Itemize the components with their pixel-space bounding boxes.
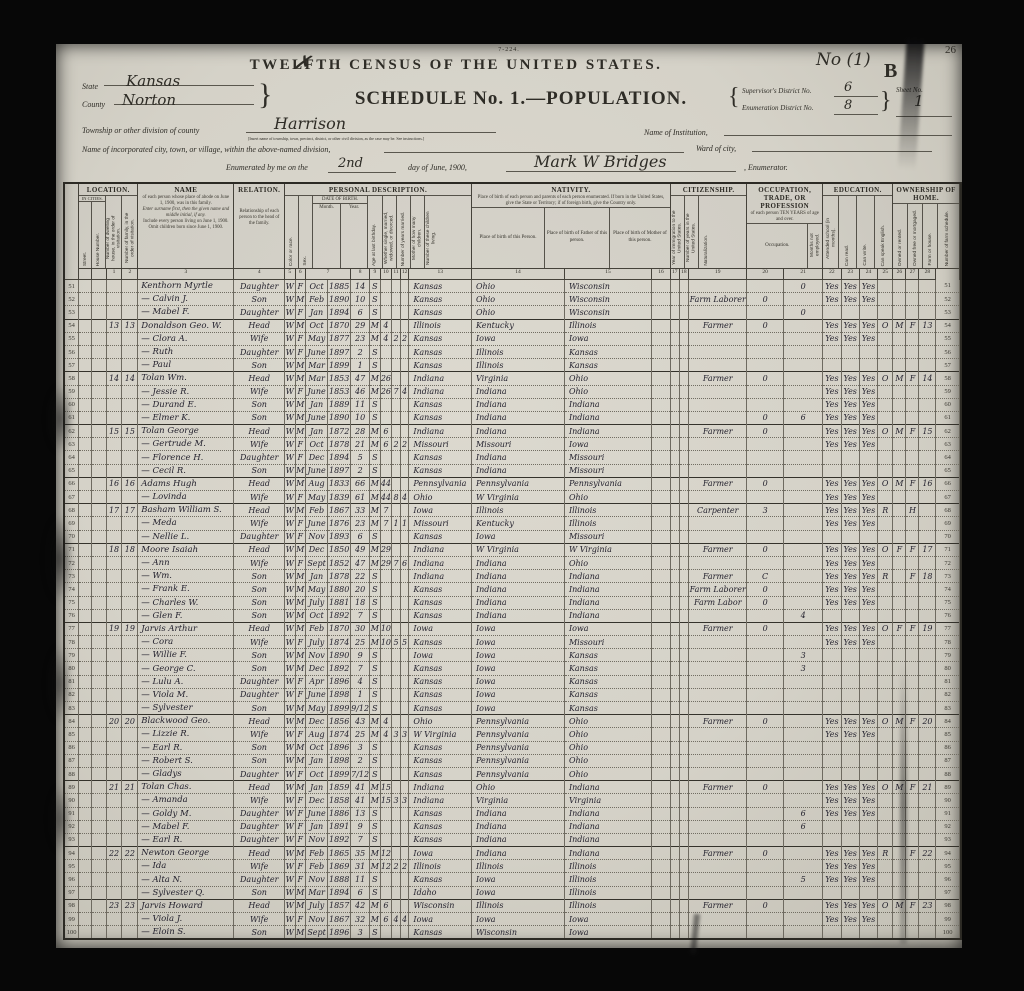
- birth-year: 1878: [328, 570, 351, 583]
- mother-birthplace: Ohio: [564, 728, 651, 741]
- birth-month: Jan: [305, 425, 327, 438]
- speaks-english: Yes: [859, 583, 877, 596]
- free-mortgaged: [893, 649, 906, 662]
- column-number: 25: [878, 269, 893, 280]
- name: — Lizzie R.: [138, 728, 234, 741]
- street: [79, 675, 92, 688]
- can-read: Yes: [823, 728, 841, 741]
- free-mortgaged: [893, 332, 906, 345]
- relation: Wife: [234, 636, 285, 649]
- street: [79, 662, 92, 675]
- occupation: Farm Labor: [689, 596, 747, 609]
- father-birthplace: Indiana: [471, 425, 564, 438]
- birthplace: Indiana: [409, 385, 472, 398]
- street: [79, 913, 92, 926]
- months-not-employed: [747, 873, 784, 886]
- mother-birthplace: Kansas: [564, 345, 651, 358]
- line-number: 81: [64, 675, 79, 688]
- farm-schedule: [919, 860, 936, 873]
- farm-house: F: [906, 319, 919, 332]
- children-living: [400, 345, 409, 358]
- dwelling-number: [106, 438, 122, 451]
- free-mortgaged: [893, 873, 906, 886]
- sex: M: [295, 293, 305, 306]
- farm-house: [906, 530, 919, 543]
- house-number: [91, 833, 106, 846]
- speaks-english: [859, 926, 877, 939]
- father-birthplace: Indiana: [471, 583, 564, 596]
- naturalization: [679, 477, 689, 490]
- house-number: [91, 583, 106, 596]
- naturalization: [679, 293, 689, 306]
- farm-schedule: [919, 504, 936, 517]
- speaks-english: [859, 886, 877, 899]
- institution-label: Name of Institution,: [644, 128, 708, 137]
- table-row: 65— Cecil R.SonWMJune18972SKansasIndiana…: [64, 464, 961, 477]
- name: Tolan Chas.: [138, 781, 234, 794]
- family-number: [122, 807, 138, 820]
- children-living: 4: [400, 385, 409, 398]
- family-number: 19: [122, 622, 138, 635]
- farm-schedule: [919, 293, 936, 306]
- naturalization: [679, 899, 689, 912]
- farm-schedule: [919, 451, 936, 464]
- color: W: [285, 583, 295, 596]
- street: [79, 715, 92, 728]
- speaks-english: Yes: [859, 438, 877, 451]
- age: 49: [351, 543, 370, 556]
- farm-house: [906, 359, 919, 372]
- can-read: Yes: [823, 438, 841, 451]
- immigration-year: [652, 886, 671, 899]
- name: — Ida: [138, 860, 234, 873]
- birthplace: W Virginia: [409, 728, 472, 741]
- age: 10: [351, 293, 370, 306]
- age: 2: [351, 754, 370, 767]
- sex: M: [295, 596, 305, 609]
- birth-year: 1891: [328, 820, 351, 833]
- free-mortgaged: [893, 570, 906, 583]
- column-header: Age at last birthday.: [367, 196, 382, 268]
- birth-month: Jan: [305, 306, 327, 319]
- immigration-year: [652, 688, 671, 701]
- line-number-right: 80: [936, 662, 960, 675]
- months-not-employed: [747, 438, 784, 451]
- column-header: Street.: [79, 202, 91, 268]
- line-number-right: 52: [936, 293, 960, 306]
- can-write: Yes: [841, 543, 859, 556]
- age: 7: [351, 662, 370, 675]
- house-number: [91, 491, 106, 504]
- marital-status: S: [370, 754, 380, 767]
- house-number: [91, 464, 106, 477]
- farm-schedule: 15: [919, 425, 936, 438]
- years-in-us: [670, 398, 679, 411]
- marital-status: M: [370, 332, 380, 345]
- years-married: [380, 754, 392, 767]
- birthplace: Indiana: [409, 556, 472, 569]
- birth-year: 1886: [328, 807, 351, 820]
- table-row: 100— Eloin S.SonWMSept18963SKansasWiscon…: [64, 926, 961, 939]
- months-not-employed: 0: [747, 319, 784, 332]
- months-not-employed: [747, 926, 784, 939]
- table-row: 74— Frank E.SonWMMay188020SKansasIndiana…: [64, 583, 961, 596]
- can-write: Yes: [841, 860, 859, 873]
- table-row: 85— Lizzie R.WifeWFAug187425M433W Virgin…: [64, 728, 961, 741]
- father-birthplace: Indiana: [471, 847, 564, 860]
- township-label: Township or other division of county: [82, 126, 199, 135]
- birth-year: 1872: [328, 425, 351, 438]
- farm-schedule: 14: [919, 372, 936, 385]
- marital-status: S: [370, 293, 380, 306]
- age: 47: [351, 556, 370, 569]
- school-months: [783, 926, 822, 939]
- farm-schedule: [919, 530, 936, 543]
- relation: Head: [234, 847, 285, 860]
- street: [79, 306, 92, 319]
- dwelling-number: [106, 675, 122, 688]
- birth-year: 1897: [328, 464, 351, 477]
- home-owned-rented: [878, 609, 893, 622]
- table-row: 64— Florence H.DaughterWFDec18945SKansas…: [64, 451, 961, 464]
- line-number-right: 96: [936, 873, 960, 886]
- immigration-year: [652, 820, 671, 833]
- dwelling-number: [106, 491, 122, 504]
- age: 6: [351, 886, 370, 899]
- father-birthplace: Indiana: [471, 570, 564, 583]
- mother-of-children: [392, 583, 400, 596]
- school-months: [783, 504, 822, 517]
- marital-status: S: [370, 345, 380, 358]
- marital-status: M: [370, 477, 380, 490]
- occupation: [689, 411, 747, 424]
- family-number: [122, 280, 138, 293]
- marital-status: S: [370, 359, 380, 372]
- free-mortgaged: [893, 609, 906, 622]
- school-months: [783, 464, 822, 477]
- column-number: 4: [234, 269, 285, 280]
- school-months: [783, 319, 822, 332]
- father-birthplace: Iowa: [471, 636, 564, 649]
- name: — Frank E.: [138, 583, 234, 596]
- column-header: Number of family, in the order of visita…: [121, 196, 137, 268]
- age: 18: [351, 596, 370, 609]
- column-number: [91, 269, 106, 280]
- free-mortgaged: [893, 398, 906, 411]
- free-mortgaged: [893, 754, 906, 767]
- home-owned-rented: O: [878, 372, 893, 385]
- birth-month: July: [305, 636, 327, 649]
- speaks-english: Yes: [859, 622, 877, 635]
- column-header: Number of these children living.: [424, 196, 438, 268]
- dwelling-number: [106, 820, 122, 833]
- farm-schedule: [919, 741, 936, 754]
- children-living: [400, 754, 409, 767]
- mother-birthplace: Wisconsin: [564, 293, 651, 306]
- years-married: 4: [380, 715, 392, 728]
- family-number: [122, 702, 138, 715]
- line-number: 77: [64, 622, 79, 635]
- handwritten-page-no: No (1): [816, 50, 871, 70]
- birthplace: Kansas: [409, 609, 472, 622]
- home-owned-rented: [878, 794, 893, 807]
- enumeration-district-value: 8: [844, 98, 852, 113]
- mother-birthplace: Ohio: [564, 767, 651, 780]
- free-mortgaged: [893, 583, 906, 596]
- marital-status: M: [370, 319, 380, 332]
- father-birthplace: Missouri: [471, 438, 564, 451]
- street: [79, 332, 92, 345]
- mother-birthplace: Illinois: [564, 899, 651, 912]
- street: [79, 411, 92, 424]
- farm-schedule: [919, 794, 936, 807]
- age: 21: [351, 438, 370, 451]
- free-mortgaged: [893, 833, 906, 846]
- home-owned-rented: [878, 913, 893, 926]
- years-in-us: [670, 425, 679, 438]
- mother-birthplace: Indiana: [564, 425, 651, 438]
- dwelling-number: [106, 398, 122, 411]
- table-row: 90— AmandaWifeWFDec185841M1533IndianaVir…: [64, 794, 961, 807]
- line-number: 95: [64, 860, 79, 873]
- can-read: [823, 530, 841, 543]
- age: 46: [351, 385, 370, 398]
- school-months: [783, 570, 822, 583]
- relation: Son: [234, 570, 285, 583]
- children-living: 4: [400, 491, 409, 504]
- naturalization: [679, 767, 689, 780]
- school-months: [783, 556, 822, 569]
- children-living: [400, 847, 409, 860]
- farm-schedule: [919, 438, 936, 451]
- color: W: [285, 319, 295, 332]
- name: — Earl R.: [138, 833, 234, 846]
- birth-year: 1898: [328, 754, 351, 767]
- house-number: [91, 332, 106, 345]
- can-read: [823, 451, 841, 464]
- birth-month: June: [305, 345, 327, 358]
- years-in-us: [670, 319, 679, 332]
- sex: M: [295, 899, 305, 912]
- name: Kenthorn Myrtle: [138, 280, 234, 293]
- school-months: [783, 477, 822, 490]
- sex: F: [295, 280, 305, 293]
- street: [79, 464, 92, 477]
- line-number-right: 88: [936, 767, 960, 780]
- line-number-right: 100: [936, 926, 960, 939]
- sex: F: [295, 688, 305, 701]
- years-married: 7: [380, 504, 392, 517]
- mother-of-children: 4: [392, 913, 400, 926]
- column-number: 1: [106, 269, 122, 280]
- immigration-year: [652, 807, 671, 820]
- sex: F: [295, 833, 305, 846]
- naturalization: [679, 926, 689, 939]
- street: [79, 556, 92, 569]
- table-row: 621515Tolan GeorgeHeadWMJan187228M6India…: [64, 425, 961, 438]
- birthplace: Illinois: [409, 860, 472, 873]
- birth-year: 1888: [328, 873, 351, 886]
- free-mortgaged: [893, 306, 906, 319]
- street: [79, 583, 92, 596]
- color: W: [285, 372, 295, 385]
- can-write: [841, 609, 859, 622]
- color: W: [285, 622, 295, 635]
- birth-month: Mar: [305, 359, 327, 372]
- free-mortgaged: [893, 280, 906, 293]
- can-write: [841, 767, 859, 780]
- name: — Amanda: [138, 794, 234, 807]
- birth-month: Oct: [305, 609, 327, 622]
- line-number-right: 57: [936, 359, 960, 372]
- dwelling-number: [106, 688, 122, 701]
- birth-year: 1898: [328, 688, 351, 701]
- father-birthplace: Indiana: [471, 556, 564, 569]
- table-row: 88— GladysDaughterWFOct18997/12SKansasPe…: [64, 767, 961, 780]
- age: 6: [351, 306, 370, 319]
- relation: Head: [234, 425, 285, 438]
- free-mortgaged: [893, 491, 906, 504]
- children-living: [400, 293, 409, 306]
- line-number-right: 71: [936, 543, 960, 556]
- immigration-year: [652, 306, 671, 319]
- children-living: 2: [400, 860, 409, 873]
- home-owned-rented: O: [878, 715, 893, 728]
- column-number: 7: [305, 269, 350, 280]
- line-number: 94: [64, 847, 79, 860]
- can-write: [841, 926, 859, 939]
- farm-house: F: [906, 847, 919, 860]
- marital-status: S: [370, 767, 380, 780]
- family-number: [122, 860, 138, 873]
- farm-schedule: [919, 649, 936, 662]
- years-in-us: [670, 332, 679, 345]
- free-mortgaged: [893, 728, 906, 741]
- line-number-right: 53: [936, 306, 960, 319]
- dwelling-number: [106, 556, 122, 569]
- family-number: [122, 385, 138, 398]
- line-number-right: 61: [936, 411, 960, 424]
- name: — Clora A.: [138, 332, 234, 345]
- family-number: [122, 820, 138, 833]
- home-owned-rented: [878, 306, 893, 319]
- dwelling-number: [106, 926, 122, 939]
- naturalization: [679, 319, 689, 332]
- father-birthplace: Indiana: [471, 411, 564, 424]
- line-number-right: 94: [936, 847, 960, 860]
- can-write: [841, 833, 859, 846]
- home-owned-rented: [878, 926, 893, 939]
- immigration-year: [652, 767, 671, 780]
- birthplace: Iowa: [409, 622, 472, 635]
- line-number-right: 70: [936, 530, 960, 543]
- line-number: 53: [64, 306, 79, 319]
- naturalization: [679, 451, 689, 464]
- house-number: [91, 781, 106, 794]
- birthplace: Kansas: [409, 702, 472, 715]
- home-owned-rented: O: [878, 622, 893, 635]
- can-read: Yes: [823, 556, 841, 569]
- name: — Lulu A.: [138, 675, 234, 688]
- years-married: [380, 359, 392, 372]
- line-number-right: 75: [936, 596, 960, 609]
- home-owned-rented: O: [878, 899, 893, 912]
- speaks-english: Yes: [859, 425, 877, 438]
- color: W: [285, 332, 295, 345]
- months-not-employed: 3: [747, 504, 784, 517]
- line-number-right: 72: [936, 556, 960, 569]
- can-read: Yes: [823, 398, 841, 411]
- relation: Wife: [234, 728, 285, 741]
- father-birthplace: Iowa: [471, 649, 564, 662]
- sex: F: [295, 794, 305, 807]
- birth-month: Oct: [305, 319, 327, 332]
- children-living: [400, 306, 409, 319]
- column-header: Mother of how many children.: [410, 196, 424, 268]
- mother-of-children: [392, 596, 400, 609]
- age: 3: [351, 926, 370, 939]
- children-living: [400, 873, 409, 886]
- sex: F: [295, 491, 305, 504]
- years-in-us: [670, 820, 679, 833]
- can-write: [841, 451, 859, 464]
- street: [79, 359, 92, 372]
- years-married: 44: [380, 477, 392, 490]
- column-number: 6: [295, 269, 305, 280]
- home-owned-rented: [878, 583, 893, 596]
- birthplace: Iowa: [409, 649, 472, 662]
- years-in-us: [670, 359, 679, 372]
- home-owned-rented: [878, 688, 893, 701]
- farm-schedule: 23: [919, 899, 936, 912]
- free-mortgaged: M: [893, 781, 906, 794]
- father-birthplace: Virginia: [471, 794, 564, 807]
- supervisor-district-label: Supervisor's District No.: [742, 87, 811, 95]
- family-number: [122, 451, 138, 464]
- can-write: Yes: [841, 504, 859, 517]
- column-header: Sex.: [298, 196, 312, 268]
- farm-house: [906, 293, 919, 306]
- relation: Daughter: [234, 807, 285, 820]
- birthplace: Kansas: [409, 807, 472, 820]
- mother-of-children: 5: [392, 636, 400, 649]
- marital-status: S: [370, 596, 380, 609]
- can-write: [841, 675, 859, 688]
- children-living: [400, 411, 409, 424]
- years-in-us: [670, 345, 679, 358]
- line-number: 96: [64, 873, 79, 886]
- street: [79, 504, 92, 517]
- months-not-employed: [747, 886, 784, 899]
- years-in-us: [670, 886, 679, 899]
- mother-birthplace: Indiana: [564, 807, 651, 820]
- marital-status: S: [370, 688, 380, 701]
- immigration-year: [652, 398, 671, 411]
- table-row: 59— Jessie R.WifeWFJune185346M2674Indian…: [64, 385, 961, 398]
- relation: Daughter: [234, 767, 285, 780]
- mother-of-children: [392, 886, 400, 899]
- birth-month: Feb: [305, 504, 327, 517]
- line-number: 52: [64, 293, 79, 306]
- house-number: [91, 913, 106, 926]
- naturalization: [679, 438, 689, 451]
- mother-birthplace: Illinois: [564, 873, 651, 886]
- birth-month: Dec: [305, 451, 327, 464]
- house-number: [91, 570, 106, 583]
- farm-schedule: [919, 913, 936, 926]
- street: [79, 293, 92, 306]
- can-write: Yes: [841, 411, 859, 424]
